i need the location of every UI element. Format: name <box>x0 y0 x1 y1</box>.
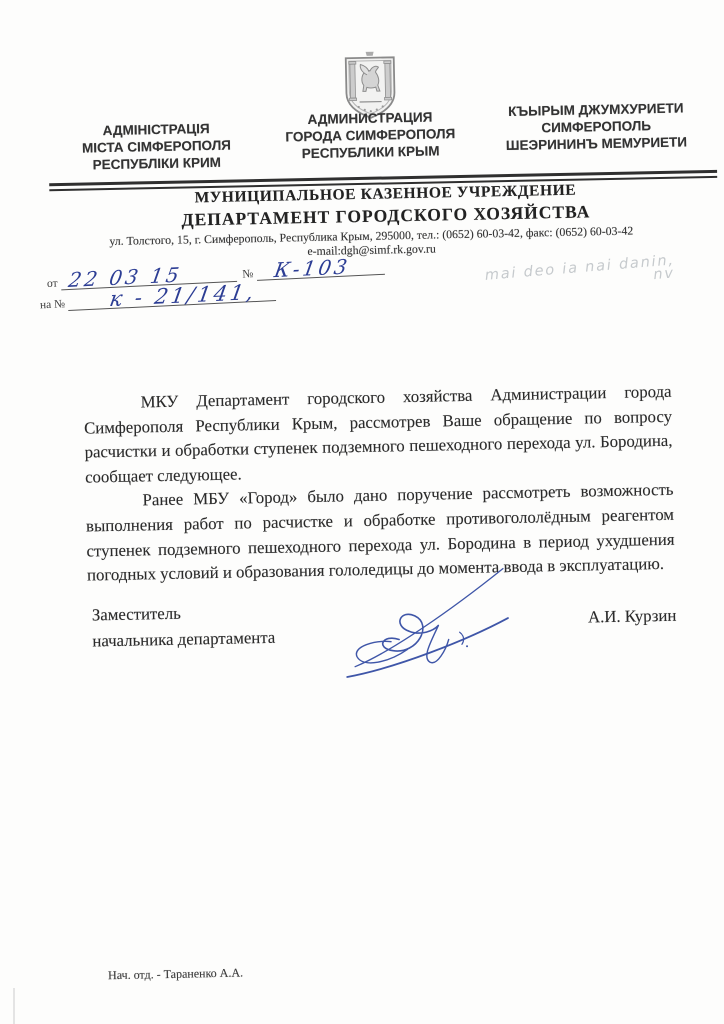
signer-position: Заместитель начальника департамента <box>92 599 276 654</box>
reply-label: на № <box>40 298 66 312</box>
org-line: ШЕЭРИНИНЪ МЕМУРИЕТИ <box>478 133 714 155</box>
letter-body: МКУ Департамент городского хозяйства Адм… <box>83 380 675 589</box>
handwritten-number: К-103 <box>272 254 351 282</box>
scanned-letter-page: АДМІНІСТРАЦІЯ МІСТА СІМФЕРОПОЛЯ РЕСПУБЛІ… <box>0 0 724 1024</box>
org-name-russian: АДМИНИСТРАЦИЯ ГОРОДА СИМФЕРОПОЛЯ РЕСПУБЛ… <box>266 108 475 170</box>
pencil-annotation: mai deo ia nai danin, nv <box>484 248 724 296</box>
pencil-note-line1: mai deo ia nai danin, <box>484 252 675 283</box>
scan-tilt-wrapper: АДМІНІСТРАЦІЯ МІСТА СІМФЕРОПОЛЯ РЕСПУБЛІ… <box>0 0 724 1024</box>
signer-name: А.И. Курзин <box>588 606 677 628</box>
reference-block: от 22 03 15 № К-103 на № к - 21/141, <box>47 260 386 312</box>
from-label: от <box>47 278 58 291</box>
handwritten-signature-icon <box>339 559 513 686</box>
scan-artifact <box>13 988 15 1024</box>
executor-note: Нач. отд. - Тараненко А.А. <box>108 966 243 984</box>
org-name-crimean-tatar: КЪЫРЫМ ДЖУМХУРИЕТИ СИМФЕРОПОЛЬ ШЕЭРИНИНЪ… <box>478 99 715 166</box>
org-name-ukrainian: АДМІНІСТРАЦІЯ МІСТА СІМФЕРОПОЛЯ РЕСПУБЛІ… <box>50 119 263 174</box>
number-line: К-103 <box>256 260 385 281</box>
signer-position-line2: начальника департамента <box>92 624 275 653</box>
signer-position-line1: Заместитель <box>92 599 275 628</box>
body-paragraph-1: МКУ Департамент городского хозяйства Адм… <box>83 380 673 490</box>
letterhead-orgs: АДМІНІСТРАЦІЯ МІСТА СІМФЕРОПОЛЯ РЕСПУБЛІ… <box>50 99 715 174</box>
